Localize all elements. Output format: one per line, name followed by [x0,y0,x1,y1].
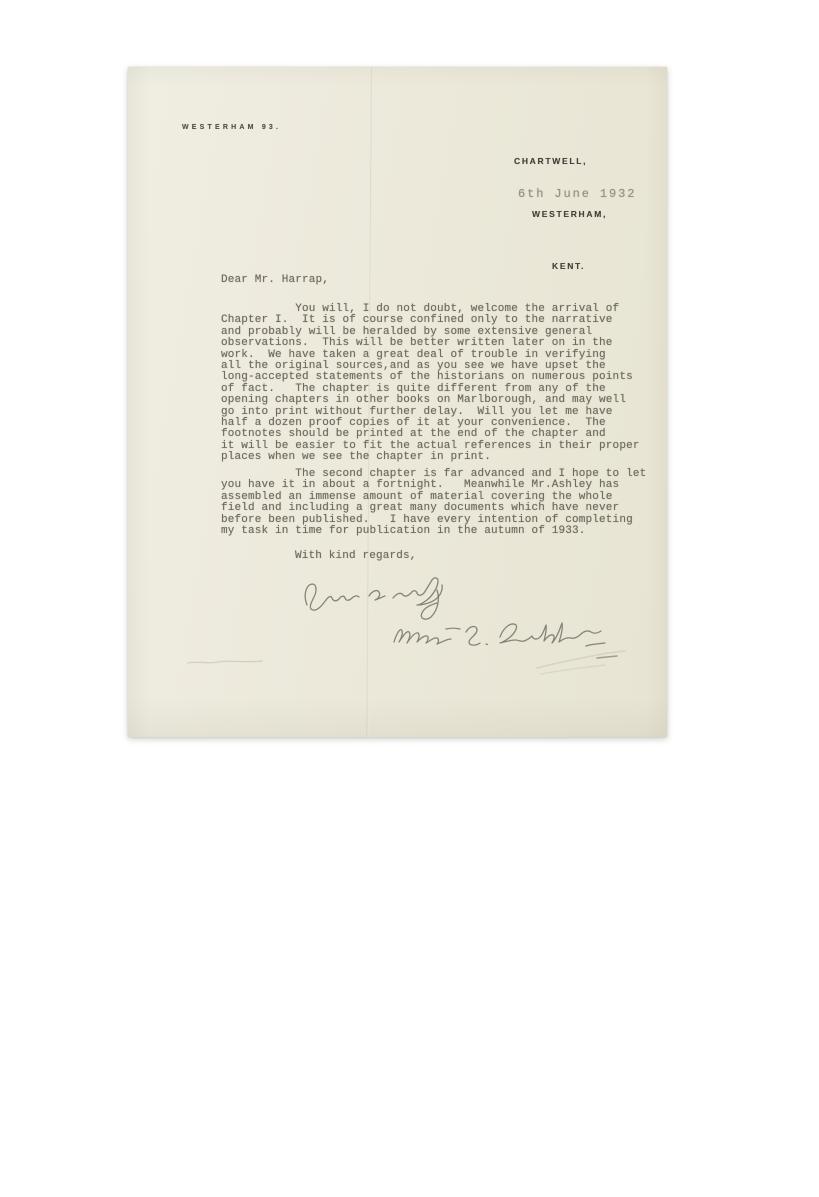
letterhead-address-line: CHARTWELL, [514,153,607,171]
letterhead-phone: WESTERHAM 93. [182,124,281,131]
letter-paper: WESTERHAM 93. CHARTWELL, WESTERHAM, KENT… [128,67,667,737]
letterhead-address-line: WESTERHAM, [514,206,607,224]
closing-line: With kind regards, [295,551,417,562]
body-paragraph-2: The second chapter is far advanced and I… [221,469,646,537]
signature-scrawl-svg [390,615,614,653]
salutation: Dear Mr. Harrap, [221,275,329,286]
body-paragraph-1: You will, I do not doubt, welcome the ar… [221,304,640,464]
pencil-annotation-left [186,655,266,673]
signature-handwriting: Winston S. Churchill [390,615,614,653]
pencil-annotation-left-svg [186,656,266,668]
letter-photo: WESTERHAM 93. CHARTWELL, WESTERHAM, KENT… [0,0,819,1197]
letter-date: 6th June 1932 [518,189,636,200]
letterhead-address: CHARTWELL, WESTERHAM, KENT. [514,118,607,311]
letterhead-address-line: KENT. [514,258,607,276]
